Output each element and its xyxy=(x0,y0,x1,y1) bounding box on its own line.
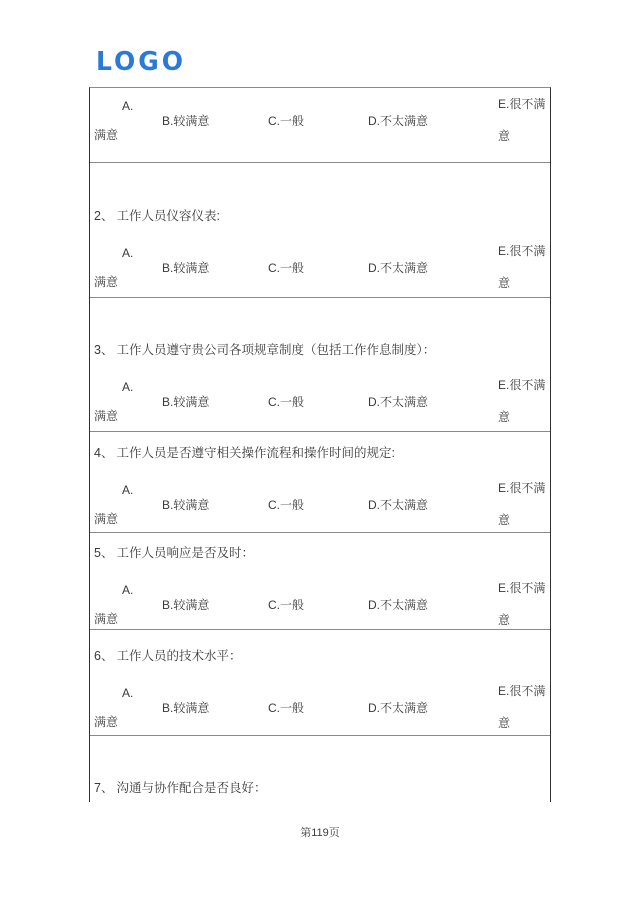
option-d: D.不太满意 xyxy=(368,114,428,128)
option-a-prefix: A. xyxy=(122,380,133,394)
option-a-wrapped: 满意 xyxy=(94,128,118,142)
question: 4、工作人员是否遵守相关操作流程和操作时间的规定: xyxy=(90,432,550,461)
option-a-wrapped: 满意 xyxy=(94,612,118,626)
options-block: A. E.很不满 B.较满意 C.一般 D.不太满意 满意 意 xyxy=(90,244,550,292)
question: 6、工作人员的技术水平： xyxy=(90,630,550,664)
question-number: 6、 xyxy=(94,649,113,663)
option-e-prefix: E.很不满 xyxy=(498,481,545,495)
option-d: D.不太满意 xyxy=(368,395,428,409)
table-row-q1-options: A. E.很不满 B.较满意 C.一般 D.不太满意 满意 意 xyxy=(90,97,550,163)
table-row-q4: 4、工作人员是否遵守相关操作流程和操作时间的规定: A. E.很不满 B.较满意… xyxy=(90,432,550,533)
option-e-wrapped: 意 xyxy=(498,716,510,730)
option-b: B.较满意 xyxy=(162,261,209,275)
question-number: 5、 xyxy=(94,546,113,560)
option-e-prefix: E.很不满 xyxy=(498,244,545,258)
option-e-prefix: E.很不满 xyxy=(498,97,545,111)
question: 7、沟通与协作配合是否良好： xyxy=(90,736,550,796)
option-e-wrapped: 意 xyxy=(498,129,510,143)
option-a-prefix: A. xyxy=(122,583,133,597)
question-number: 2、 xyxy=(94,209,113,223)
question: 3、工作人员遵守贵公司各项规章制度（包括工作作息制度）： xyxy=(90,298,550,358)
question-label: 工作人员是否遵守相关操作流程和操作时间的规定: xyxy=(116,446,394,460)
question: 2、工作人员仪容仪表: xyxy=(90,163,550,224)
option-a-prefix: A. xyxy=(122,483,133,497)
options-block: A. E.很不满 B.较满意 C.一般 D.不太满意 满意 意 xyxy=(90,97,550,145)
survey-table: A. E.很不满 B.较满意 C.一般 D.不太满意 满意 意 2、工作人员仪容… xyxy=(89,87,551,802)
option-c: C.一般 xyxy=(268,498,304,512)
option-c: C.一般 xyxy=(268,261,304,275)
table-row-q5: 5、工作人员响应是否及时： A. E.很不满 B.较满意 C.一般 D.不太满意… xyxy=(90,533,550,630)
option-a-wrapped: 满意 xyxy=(94,512,118,526)
option-b: B.较满意 xyxy=(162,701,209,715)
page-number: 第119页 xyxy=(0,824,640,840)
question: 5、工作人员响应是否及时： xyxy=(90,533,550,561)
question-number: 3、 xyxy=(94,343,113,357)
option-c: C.一般 xyxy=(268,114,304,128)
option-d: D.不太满意 xyxy=(368,701,428,715)
option-e-wrapped: 意 xyxy=(498,410,510,424)
question-label: 沟通与协作配合是否良好： xyxy=(116,781,266,795)
option-c: C.一般 xyxy=(268,598,304,612)
option-b: B.较满意 xyxy=(162,114,209,128)
company-logo: LOGO xyxy=(96,47,186,77)
option-a-wrapped: 满意 xyxy=(94,715,118,729)
table-row-q3: 3、工作人员遵守贵公司各项规章制度（包括工作作息制度）： A. E.很不满 B.… xyxy=(90,298,550,432)
question-label: 工作人员遵守贵公司各项规章制度（包括工作作息制度）： xyxy=(116,343,435,357)
option-a-wrapped: 满意 xyxy=(94,275,118,289)
option-a-prefix: A. xyxy=(122,686,133,700)
table-row-q7: 7、沟通与协作配合是否良好： xyxy=(90,736,550,802)
question-label: 工作人员仪容仪表: xyxy=(116,209,219,223)
option-d: D.不太满意 xyxy=(368,598,428,612)
option-d: D.不太满意 xyxy=(368,498,428,512)
options-block: A. E.很不满 B.较满意 C.一般 D.不太满意 满意 意 xyxy=(90,581,550,629)
table-row-q6: 6、工作人员的技术水平： A. E.很不满 B.较满意 C.一般 D.不太满意 … xyxy=(90,630,550,736)
option-d: D.不太满意 xyxy=(368,261,428,275)
option-a-prefix: A. xyxy=(122,99,133,113)
option-c: C.一般 xyxy=(268,395,304,409)
options-block: A. E.很不满 B.较满意 C.一般 D.不太满意 满意 意 xyxy=(90,481,550,529)
document-page: LOGO A. E.很不满 B.较满意 C.一般 D.不太满意 满意 意 2、工… xyxy=(0,0,640,906)
option-b: B.较满意 xyxy=(162,395,209,409)
question-label: 工作人员的技术水平： xyxy=(116,649,241,663)
option-e-prefix: E.很不满 xyxy=(498,581,545,595)
option-e-prefix: E.很不满 xyxy=(498,684,545,698)
option-e-wrapped: 意 xyxy=(498,613,510,627)
option-b: B.较满意 xyxy=(162,598,209,612)
option-a-wrapped: 满意 xyxy=(94,409,118,423)
option-e-wrapped: 意 xyxy=(498,513,510,527)
question-label: 工作人员响应是否及时： xyxy=(116,546,254,560)
option-b: B.较满意 xyxy=(162,498,209,512)
question-number: 4、 xyxy=(94,446,113,460)
options-block: A. E.很不满 B.较满意 C.一般 D.不太满意 满意 意 xyxy=(90,378,550,426)
option-a-prefix: A. xyxy=(122,246,133,260)
option-e-wrapped: 意 xyxy=(498,276,510,290)
table-row-q2: 2、工作人员仪容仪表: A. E.很不满 B.较满意 C.一般 D.不太满意 满… xyxy=(90,163,550,298)
option-c: C.一般 xyxy=(268,701,304,715)
option-e-prefix: E.很不满 xyxy=(498,378,545,392)
options-block: A. E.很不满 B.较满意 C.一般 D.不太满意 满意 意 xyxy=(90,684,550,732)
question-number: 7、 xyxy=(94,781,113,795)
